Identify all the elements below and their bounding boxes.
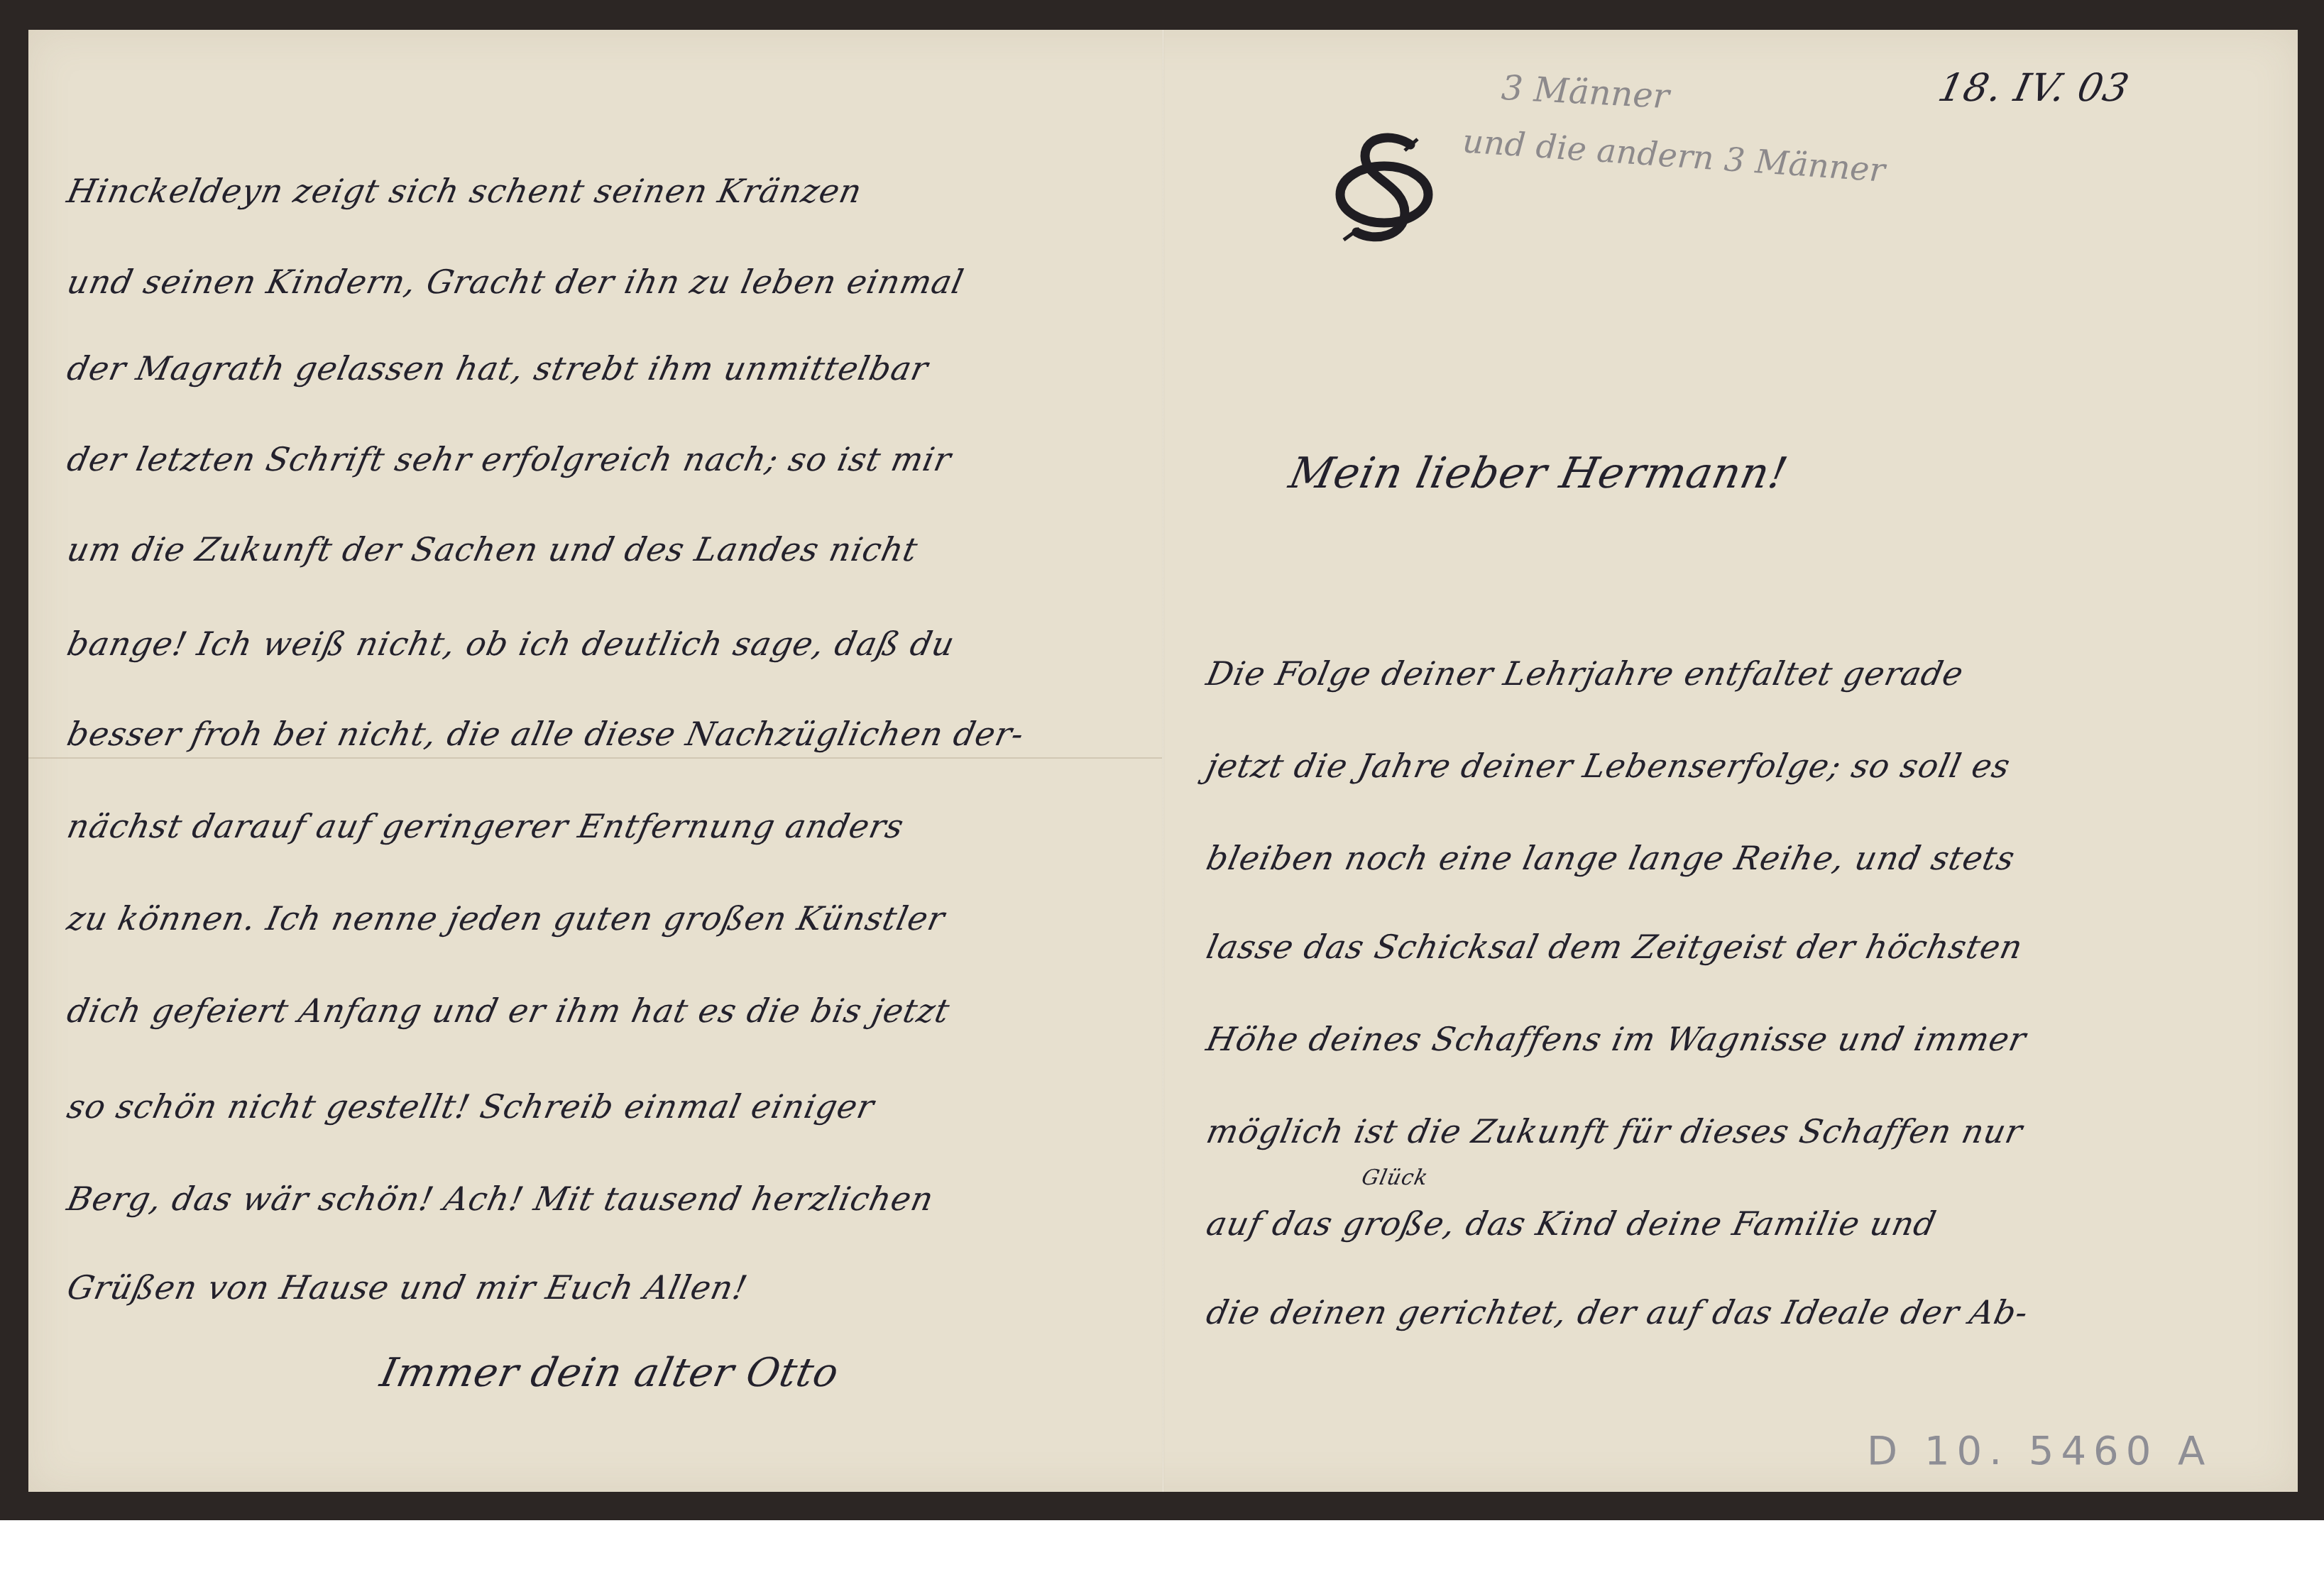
pencil-note-line2: und die andern 3 Männer <box>1462 121 1886 189</box>
letter-line: und seinen Kindern, Gracht der ihn zu le… <box>64 263 968 301</box>
letter-line: der letzten Schrift sehr erfolgreich nac… <box>64 440 955 478</box>
letter-line: zu können. Ich nenne jeden guten großen … <box>64 899 948 938</box>
os-monogram-icon <box>1331 129 1437 250</box>
letter-date: 18. IV. 03 <box>1934 65 2133 110</box>
signature: Immer dein alter Otto <box>376 1350 843 1396</box>
letter-line: jetzt die Jahre deiner Lebenserfolge; so… <box>1203 747 2014 785</box>
left-page: Hinckeldeyn zeigt sich schent seinen Krä… <box>28 30 1162 1492</box>
letter-sheet: Hinckeldeyn zeigt sich schent seinen Krä… <box>28 30 2298 1492</box>
letter-line: Grüßen von Hause und mir Euch Allen! <box>64 1268 751 1307</box>
archive-number: D 10. 5460 A <box>1867 1428 2212 1474</box>
letter-line: bleiben noch eine lange lange Reihe, und… <box>1203 839 2019 877</box>
letter-line: Höhe deines Schaffens im Wagnisse und im… <box>1203 1020 2030 1058</box>
letter-line: so schön nicht gestellt! Schreib einmal … <box>64 1087 878 1126</box>
letter-line: Berg, das wär schön! Ach! Mit tausend he… <box>64 1180 938 1218</box>
letter-line: Hinckeldeyn zeigt sich schent seinen Krä… <box>64 172 866 210</box>
letter-line: dich gefeiert Anfang und er ihm hat es d… <box>64 991 953 1030</box>
letter-line: um die Zukunft der Sachen und des Landes… <box>64 530 921 568</box>
letter-line: die deinen gerichtet, der auf das Ideale… <box>1203 1293 2032 1331</box>
letter-line: Die Folge deiner Lehrjahre entfaltet ger… <box>1203 654 1967 693</box>
letter-line: der Magrath gelassen hat, strebt ihm unm… <box>64 349 932 388</box>
pencil-note-line1: 3 Männer <box>1501 68 1670 116</box>
right-page: 3 Männer und die andern 3 Männer 18. IV.… <box>1164 30 2298 1492</box>
letter-line: möglich ist die Zukunft für dieses Schaf… <box>1203 1112 2027 1150</box>
interlinear-insertion: Glück <box>1359 1165 1430 1190</box>
letter-line: nächst darauf auf geringerer Entfernung … <box>64 807 908 845</box>
letter-line: lasse das Schicksal dem Zeitgeist der hö… <box>1203 928 2027 966</box>
letter-line: besser froh bei nicht, die alle diese Na… <box>64 715 1028 753</box>
salutation: Mein lieber Hermann! <box>1285 449 1792 498</box>
letter-line: bange! Ich weiß nicht, ob ich deutlich s… <box>64 625 958 663</box>
letter-line: auf das große, das Kind deine Familie un… <box>1203 1204 1940 1243</box>
